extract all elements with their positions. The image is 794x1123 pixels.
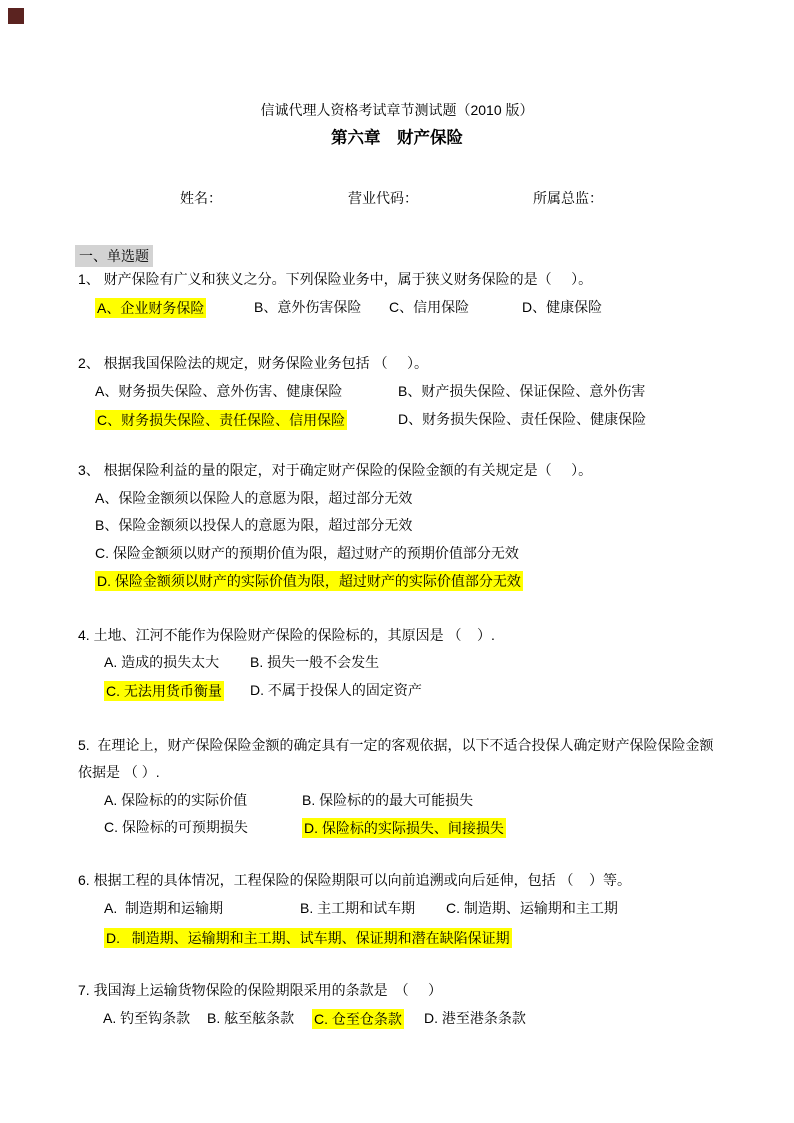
question-6-option-a: A. 制造期和运输期 (104, 899, 223, 917)
question-4-option-d: D. 不属于投保人的固定资产 (250, 681, 422, 699)
question-6-option-b: B. 主工期和试车期 (300, 899, 415, 917)
document-title: 信诚代理人资格考试章节测试题（2010 版） (0, 101, 794, 119)
question-3-option-b: B、保险金额须以投保人的意愿为限，超过部分无效 (95, 516, 412, 534)
question-7-option-b: B. 舷至舷条款 (207, 1009, 294, 1027)
question-5-text: 5. 在理论上，财产保险保险金额的确定具有一定的客观依据，以下不适合投保人确定财… (78, 736, 713, 754)
question-5-option-a: A. 保险标的的实际价值 (104, 791, 247, 809)
question-3-option-c: C. 保险金额须以财产的预期价值为限，超过财产的预期价值部分无效 (95, 544, 519, 562)
question-3-option-d: D. 保险金额须以财产的实际价值为限，超过财产的实际价值部分无效 (95, 571, 523, 591)
question-1-text: 1、 财产保险有广义和狭义之分。下列保险业务中，属于狭义财务保险的是（ ）。 (78, 270, 592, 288)
question-7-option-d: D. 港至港条条款 (424, 1009, 526, 1027)
question-7-text: 7. 我国海上运输货物保险的保险期限采用的条款是 （ ） (78, 981, 442, 999)
chapter-heading: 第六章 财产保险 (0, 129, 794, 147)
question-5-option-b: B. 保险标的的最大可能损失 (302, 791, 473, 809)
question-7-option-c: C. 仓至仓条款 (312, 1009, 404, 1029)
question-1-option-d: D、健康保险 (522, 298, 602, 316)
corner-marker (8, 8, 24, 24)
question-2-option-d: D、财务损失保险、责任保险、健康保险 (398, 410, 646, 428)
agent-code-field-label: 营业代码： (348, 189, 418, 207)
question-2-text: 2、 根据我国保险法的规定，财务保险业务包括 （ ）。 (78, 354, 428, 372)
question-5-option-c: C. 保险标的可预期损失 (104, 818, 248, 836)
section-title: 一、单选题 (75, 245, 153, 267)
question-4-option-a: A. 造成的损失太大 (104, 653, 219, 671)
name-field-label: 姓名： (180, 189, 222, 207)
question-2-option-b: B、财产损失保险、保证保险、意外伤害 (398, 382, 645, 400)
question-5-option-d: D. 保险标的实际损失、间接损失 (302, 818, 506, 838)
question-2-option-a: A、财务损失保险、意外伤害、健康保险 (95, 382, 342, 400)
exam-document-page: 信诚代理人资格考试章节测试题（2010 版） 第六章 财产保险 姓名： 营业代码… (0, 0, 794, 1123)
question-1-option-c: C、信用保险 (389, 298, 469, 316)
question-3-option-a: A、保险金额须以保险人的意愿为限，超过部分无效 (95, 489, 412, 507)
question-4-text: 4. 土地、江河不能作为保险财产保险的保险标的，其原因是 （ ）. (78, 626, 495, 644)
question-7-option-a: A. 钓至钩条款 (103, 1009, 190, 1027)
question-1-option-a: A、企业财务保险 (95, 298, 206, 318)
question-4-option-c: C. 无法用货币衡量 (104, 681, 224, 701)
question-6-option-d: D. 制造期、运输期和主工期、试车期、保证期和潜在缺陷保证期 (104, 928, 512, 948)
director-field-label: 所属总监： (533, 189, 603, 207)
question-6-option-c: C. 制造期、运输期和主工期 (446, 899, 618, 917)
question-4-option-b: B. 损失一般不会发生 (250, 653, 379, 671)
question-6-text: 6. 根据工程的具体情况，工程保险的保险期限可以向前追溯或向后延伸，包括 （ ）… (78, 871, 631, 889)
question-2-option-c: C、财务损失保险、责任保险、信用保险 (95, 410, 347, 430)
question-1-option-b: B、意外伤害保险 (254, 298, 361, 316)
question-5-text-line2: 依据是 （ ）. (78, 763, 160, 781)
question-3-text: 3、 根据保险利益的量的限定，对于确定财产保险的保险金额的有关规定是（ ）。 (78, 461, 592, 479)
